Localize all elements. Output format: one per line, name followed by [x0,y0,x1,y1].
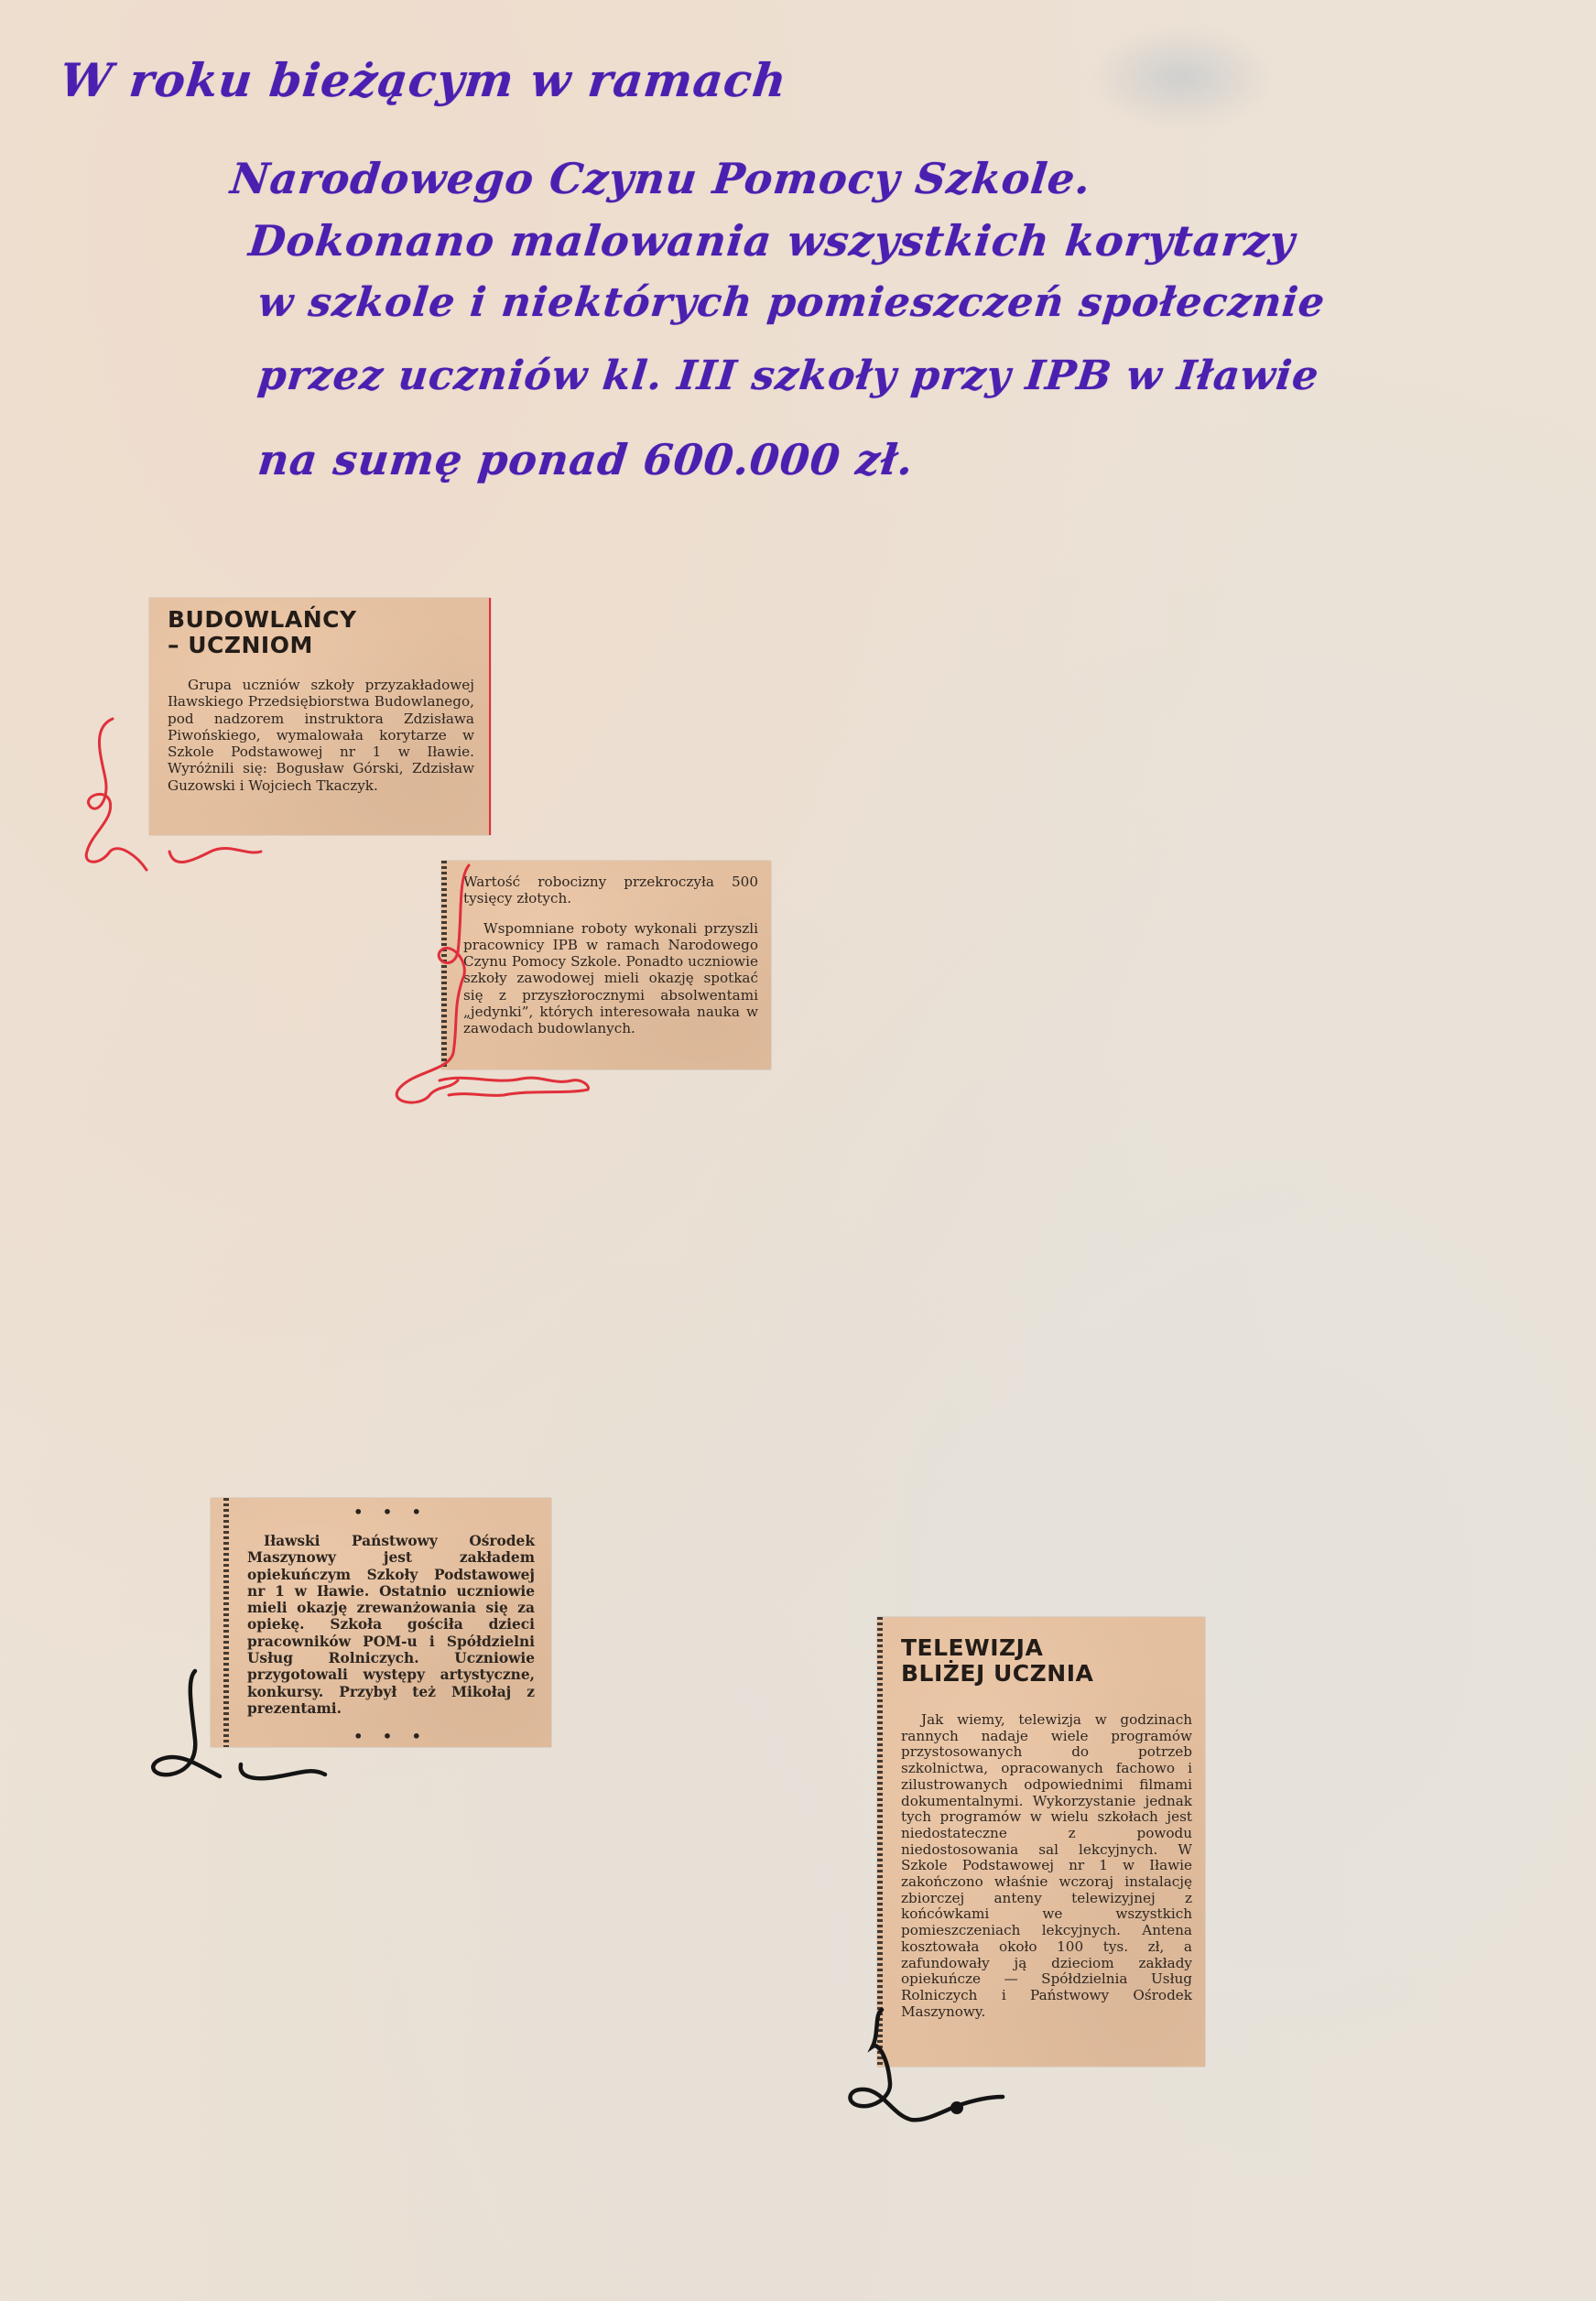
handwritten-line: przez uczniów kl. III szkoły przy IPB w … [255,353,1321,399]
handwritten-line: W roku bieżącym w ramach [58,53,790,107]
black-signature-icon [142,1666,334,1785]
headline-line: TELEWIZJA [901,1635,1192,1661]
handwritten-line: w szkole i niektórych pomieszczeń społec… [255,279,1327,326]
scrapbook-page: W roku bieżącym w ramach Narodowego Czyn… [0,0,1596,2301]
handwritten-line: Narodowego Czynu Pomocy Szkole. [228,154,1093,203]
separator-dots: • • • [247,1503,535,1522]
ink-show-through [1090,27,1273,128]
column-rule [877,1617,883,2067]
red-scribble-border-icon [385,861,613,1108]
headline-line: BUDOWLAŃCY [168,607,474,633]
clipping-paragraph: Jak wiemy, telewizja w godzinach rannych… [901,1712,1192,2020]
clipping-body: Jak wiemy, telewizja w godzinach rannych… [901,1712,1192,2020]
black-signature-icon [838,2005,1021,2133]
clipping-headline: TELEWIZJA BLIŻEJ UCZNIA [901,1635,1192,1687]
headline-line: BLIŻEJ UCZNIA [901,1661,1192,1687]
handwritten-line: Dokonano malowania wszystkich korytarzy [246,216,1297,266]
newspaper-clipping-telewizja: TELEWIZJA BLIŻEJ UCZNIA Jak wiemy, telew… [877,1617,1205,2067]
headline-line: – UCZNIOM [168,633,474,658]
handwritten-line: na sumę ponad 600.000 zł. [255,435,916,484]
red-signature-icon [82,714,266,879]
clipping-headline: BUDOWLAŃCY – UCZNIOM [168,607,474,658]
